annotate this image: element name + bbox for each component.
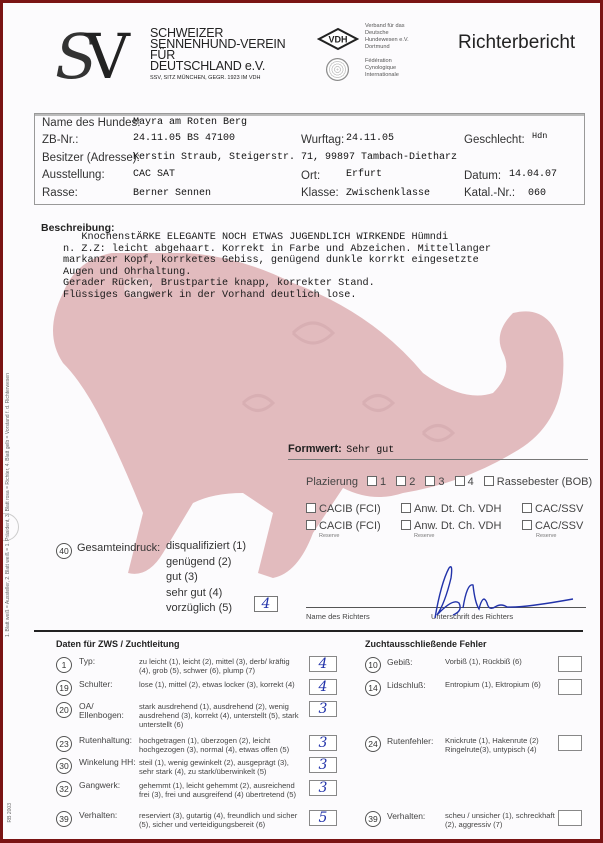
judge-signature-icon [423,563,583,623]
title-cacib[interactable]: CACIB (FCI) [306,503,381,515]
title-anw-vdh-reserve[interactable]: Anw. Dt. Ch. VDH [401,520,501,532]
section-divider [34,630,583,632]
plazierung-row: Plazierung 1 2 3 4 Rassebester (BOB) [306,476,592,488]
zws-row-label: Schulter: [79,680,137,689]
fci-logo-icon [326,58,349,81]
copy-distribution-note: 1. Blatt weiß = Aussteller, 2. Blatt wei… [5,373,15,637]
zws-row-score-box[interactable]: 4 [309,679,337,695]
document-title: Richterbericht [458,32,575,54]
title-cac-ssv-reserve[interactable]: CAC/SSV [522,520,583,532]
dog-watermark-icon [43,253,583,583]
svg-text:VDH: VDH [328,35,347,45]
reserve-note: Reserve [414,533,434,539]
zws-row-score-box[interactable]: 3 [309,780,337,796]
fehler-row-label: Lidschluß: [387,680,426,690]
zws-row-score-box[interactable]: 3 [309,757,337,773]
geschlecht-value: Hdn [532,131,547,141]
zws-row-label: Rutenhaltung: [79,736,137,745]
zws-row-number: 19 [56,678,72,696]
fehler-row-options: scheu / unsicher (1), schreckhaft (2), a… [445,811,555,829]
katal-label: Katal.-Nr.: [464,187,515,199]
fehler-row-score-box[interactable] [558,810,582,826]
zws-row-score-box[interactable]: 3 [309,735,337,751]
fehler-row-number: 39 [365,809,381,827]
zws-row-number: 39 [56,809,72,827]
report-page: 1. Blatt weiß = Aussteller, 2. Blatt wei… [3,3,600,839]
zws-title: Daten für ZWS / Zuchtleitung [56,639,180,649]
gesamteindruck-number: 40 [56,541,72,559]
zws-row-number: 20 [56,700,72,718]
zws-row-number: 23 [56,734,72,752]
fehler-row-label: Rutenfehler: [387,736,433,746]
zws-row-score-box[interactable]: 5 [309,810,337,826]
zws-row-score-box[interactable]: 4 [309,656,337,672]
judge-name-label: Name des Richters [306,612,370,621]
zws-row-options: zu leicht (1), leicht (2), mittel (3), d… [139,657,299,675]
fehler-row-label: Gebiß: [387,657,413,667]
fehler-row-score-box[interactable] [558,735,582,751]
zws-row-label: Typ: [79,657,137,666]
besitzer-value: Kerstin Straub, Steigerstr. 71, 99897 Ta… [133,152,457,163]
vdh-text: Verband für dasDeutscheHundewesen e.V.Do… [365,23,409,51]
wurftag-label: Wurftag: [301,134,344,146]
zws-row-options: gehemmt (1), leicht gehemmt (2), ausreic… [139,781,299,799]
geschlecht-label: Geschlecht: [464,134,525,146]
zws-row-number: 1 [56,655,72,673]
plazierung-option-1[interactable]: 1 [367,476,386,488]
plazierung-option-bob[interactable]: Rassebester (BOB) [484,476,592,488]
plazierung-label: Plazierung [306,476,358,488]
zb-value: 24.11.05 BS 47100 [133,133,235,144]
zws-row-label: Winkelung HH: [79,758,137,767]
ssv-logo-icon: S V [55,26,145,84]
zws-row-label: Verhalten: [79,811,137,820]
plazierung-option-4[interactable]: 4 [455,476,474,488]
fehler-row-options: Vorbiß (1), Rückbiß (6) [445,657,555,666]
name-label: Name des Hundes: [42,117,140,129]
zws-row-options: reserviert (3), gutartig (4), freundlich… [139,811,299,829]
reserve-note: Reserve [536,533,556,539]
fehler-row-score-box[interactable] [558,679,582,695]
klasse-label: Klasse: [301,187,339,199]
ort-value: Erfurt [346,169,382,180]
name-value: Mayra am Roten Berg [133,117,247,128]
zb-label: ZB-Nr.: [42,134,78,146]
ausstellung-value: CAC SAT [133,169,175,180]
fci-text: FédérationCynologiqueInternationale [365,58,399,79]
zws-row-label: OA/ Ellenbogen: [79,702,137,720]
title-cac-ssv[interactable]: CAC/SSV [522,503,583,515]
fehler-row-number: 24 [365,734,381,752]
datum-label: Datum: [464,170,501,182]
form-code: RB 2003 [7,803,13,822]
gesamteindruck-score-box[interactable]: 4 [254,596,278,612]
formwert-label: Formwert: [288,443,342,455]
fehler-title: Zuchtausschließende Fehler [365,639,487,649]
klasse-value: Zwischenklasse [346,188,430,199]
zws-row-label: Gangwerk: [79,781,137,790]
formwert-value: Sehr gut [346,445,394,456]
title-anw-vdh[interactable]: Anw. Dt. Ch. VDH [401,503,501,515]
zws-row-number: 32 [56,779,72,797]
rasse-label: Rasse: [42,187,78,199]
besitzer-label: Besitzer (Adresse): [42,152,140,164]
fehler-row-number: 10 [365,655,381,673]
katal-value: 060 [528,188,546,199]
datum-value: 14.04.07 [509,169,557,180]
formwert-row: Formwert: Sehr gut [288,439,588,460]
ort-label: Ort: [301,170,320,182]
fehler-row-label: Verhalten: [387,811,425,821]
wurftag-value: 24.11.05 [346,133,394,144]
description-text: KnochenstÄRKE ELEGANTE NOCH ETWAS JUGEND… [63,232,491,301]
svg-text:V: V [84,26,131,84]
fehler-row-options: Knickrute (1), Hakenrute (2) Ringelrute(… [445,736,555,754]
zws-row-number: 30 [56,756,72,774]
title-cacib-reserve[interactable]: CACIB (FCI) [306,520,381,532]
rasse-value: Berner Sennen [133,188,211,199]
zws-row-options: steil (1), wenig gewinkelt (2), ausgeprä… [139,758,299,776]
fehler-row-score-box[interactable] [558,656,582,672]
gesamteindruck-options: disqualifiziert (1) genügend (2) gut (3)… [166,539,246,617]
reserve-note: Reserve [319,533,339,539]
gesamteindruck-label: Gesamteindruck: [77,542,160,554]
zws-row-options: lose (1), mittel (2), etwas locker (3), … [139,680,299,689]
organization-name: SCHWEIZER SENNENHUND-VEREIN FÜR DEUTSCHL… [150,28,286,82]
vdh-logo-icon: VDH [317,27,359,51]
plazierung-option-3[interactable]: 3 [425,476,444,488]
zws-row-options: hochgetragen (1), überzogen (2), leicht … [139,736,299,754]
fehler-row-number: 14 [365,678,381,696]
zws-row-score-box[interactable]: 3 [309,701,337,717]
zws-row-options: stark ausdrehend (1), ausdrehend (2), we… [139,702,299,729]
fehler-row-options: Entropium (1), Ektropium (6) [445,680,555,689]
plazierung-option-2[interactable]: 2 [396,476,415,488]
ausstellung-label: Ausstellung: [42,169,105,181]
